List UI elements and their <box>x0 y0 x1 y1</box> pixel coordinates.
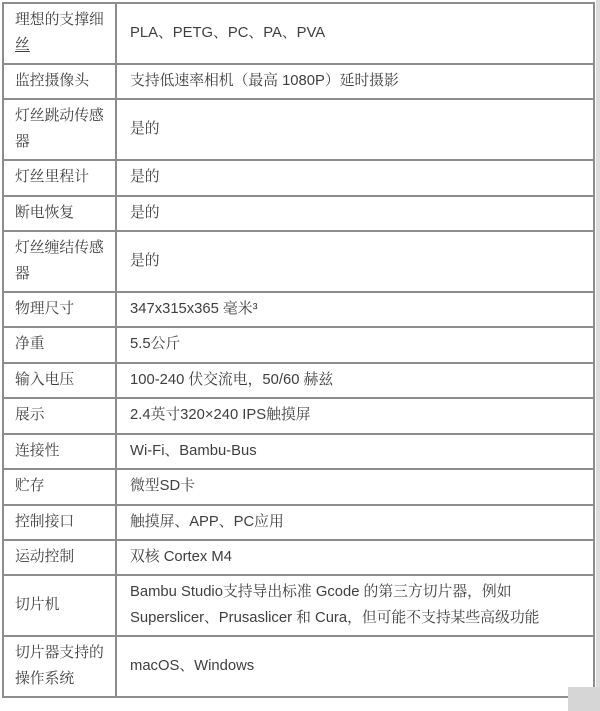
right-edge-shade <box>596 0 600 711</box>
spec-label: 输入电压 <box>3 363 116 398</box>
spec-label: 灯丝里程计 <box>3 160 116 195</box>
spec-value: PLA、PETG、PC、PA、PVA <box>116 3 594 64</box>
spec-table-body: 理想的支撑细丝 PLA、PETG、PC、PA、PVA 监控摄像头 支持低速率相机… <box>3 3 594 697</box>
spec-value: 347x315x365 毫米³ <box>116 292 594 327</box>
spec-label: 监控摄像头 <box>3 64 116 99</box>
spec-label: 灯丝缠结传感器 <box>3 231 116 292</box>
table-row: 净重 5.5公斤 <box>3 327 594 362</box>
spec-label: 断电恢复 <box>3 196 116 231</box>
table-row: 灯丝跳动传感器 是的 <box>3 99 594 160</box>
table-row: 灯丝里程计 是的 <box>3 160 594 195</box>
table-row: 控制接口 触摸屏、APP、PC应用 <box>3 505 594 540</box>
spec-value: 触摸屏、APP、PC应用 <box>116 505 594 540</box>
spec-value: Bambu Studio支持导出标准 Gcode 的第三方切片器，例如 Supe… <box>116 575 594 636</box>
table-row: 贮存 微型SD卡 <box>3 469 594 504</box>
table-row: 监控摄像头 支持低速率相机（最高 1080P）延时摄影 <box>3 64 594 99</box>
spec-label: 连接性 <box>3 434 116 469</box>
spec-label-underlined-term: 丝 <box>15 37 30 53</box>
spec-table: 理想的支撑细丝 PLA、PETG、PC、PA、PVA 监控摄像头 支持低速率相机… <box>2 2 595 698</box>
spec-value: 是的 <box>116 231 594 292</box>
spec-label: 贮存 <box>3 469 116 504</box>
spec-label: 物理尺寸 <box>3 292 116 327</box>
spec-label: 净重 <box>3 327 116 362</box>
table-row: 连接性 Wi-Fi、Bambu-Bus <box>3 434 594 469</box>
spec-value: 是的 <box>116 99 594 160</box>
spec-label: 切片机 <box>3 575 116 636</box>
spec-value: 是的 <box>116 196 594 231</box>
spec-label: 切片器支持的操作系统 <box>3 636 116 697</box>
table-row: 输入电压 100-240 伏交流电，50/60 赫兹 <box>3 363 594 398</box>
page: 理想的支撑细丝 PLA、PETG、PC、PA、PVA 监控摄像头 支持低速率相机… <box>0 0 600 711</box>
table-row: 理想的支撑细丝 PLA、PETG、PC、PA、PVA <box>3 3 594 64</box>
spec-value: 5.5公斤 <box>116 327 594 362</box>
spec-value: 支持低速率相机（最高 1080P）延时摄影 <box>116 64 594 99</box>
spec-value: 2.4英寸320×240 IPS触摸屏 <box>116 398 594 433</box>
table-row: 切片器支持的操作系统 macOS、Windows <box>3 636 594 697</box>
table-row: 物理尺寸 347x315x365 毫米³ <box>3 292 594 327</box>
spec-label: 理想的支撑细丝 <box>3 3 116 64</box>
table-row: 运动控制 双核 Cortex M4 <box>3 540 594 575</box>
spec-value: 双核 Cortex M4 <box>116 540 594 575</box>
table-row: 切片机 Bambu Studio支持导出标准 Gcode 的第三方切片器，例如 … <box>3 575 594 636</box>
table-row: 灯丝缠结传感器 是的 <box>3 231 594 292</box>
spec-label: 运动控制 <box>3 540 116 575</box>
table-row: 断电恢复 是的 <box>3 196 594 231</box>
spec-label: 控制接口 <box>3 505 116 540</box>
spec-label-text: 理想的支撑细 <box>15 12 104 28</box>
spec-value: 微型SD卡 <box>116 469 594 504</box>
spec-label: 展示 <box>3 398 116 433</box>
spec-value: macOS、Windows <box>116 636 594 697</box>
bottom-right-shade <box>568 687 600 711</box>
spec-value: 是的 <box>116 160 594 195</box>
spec-value: 100-240 伏交流电，50/60 赫兹 <box>116 363 594 398</box>
spec-label: 灯丝跳动传感器 <box>3 99 116 160</box>
spec-value: Wi-Fi、Bambu-Bus <box>116 434 594 469</box>
table-row: 展示 2.4英寸320×240 IPS触摸屏 <box>3 398 594 433</box>
